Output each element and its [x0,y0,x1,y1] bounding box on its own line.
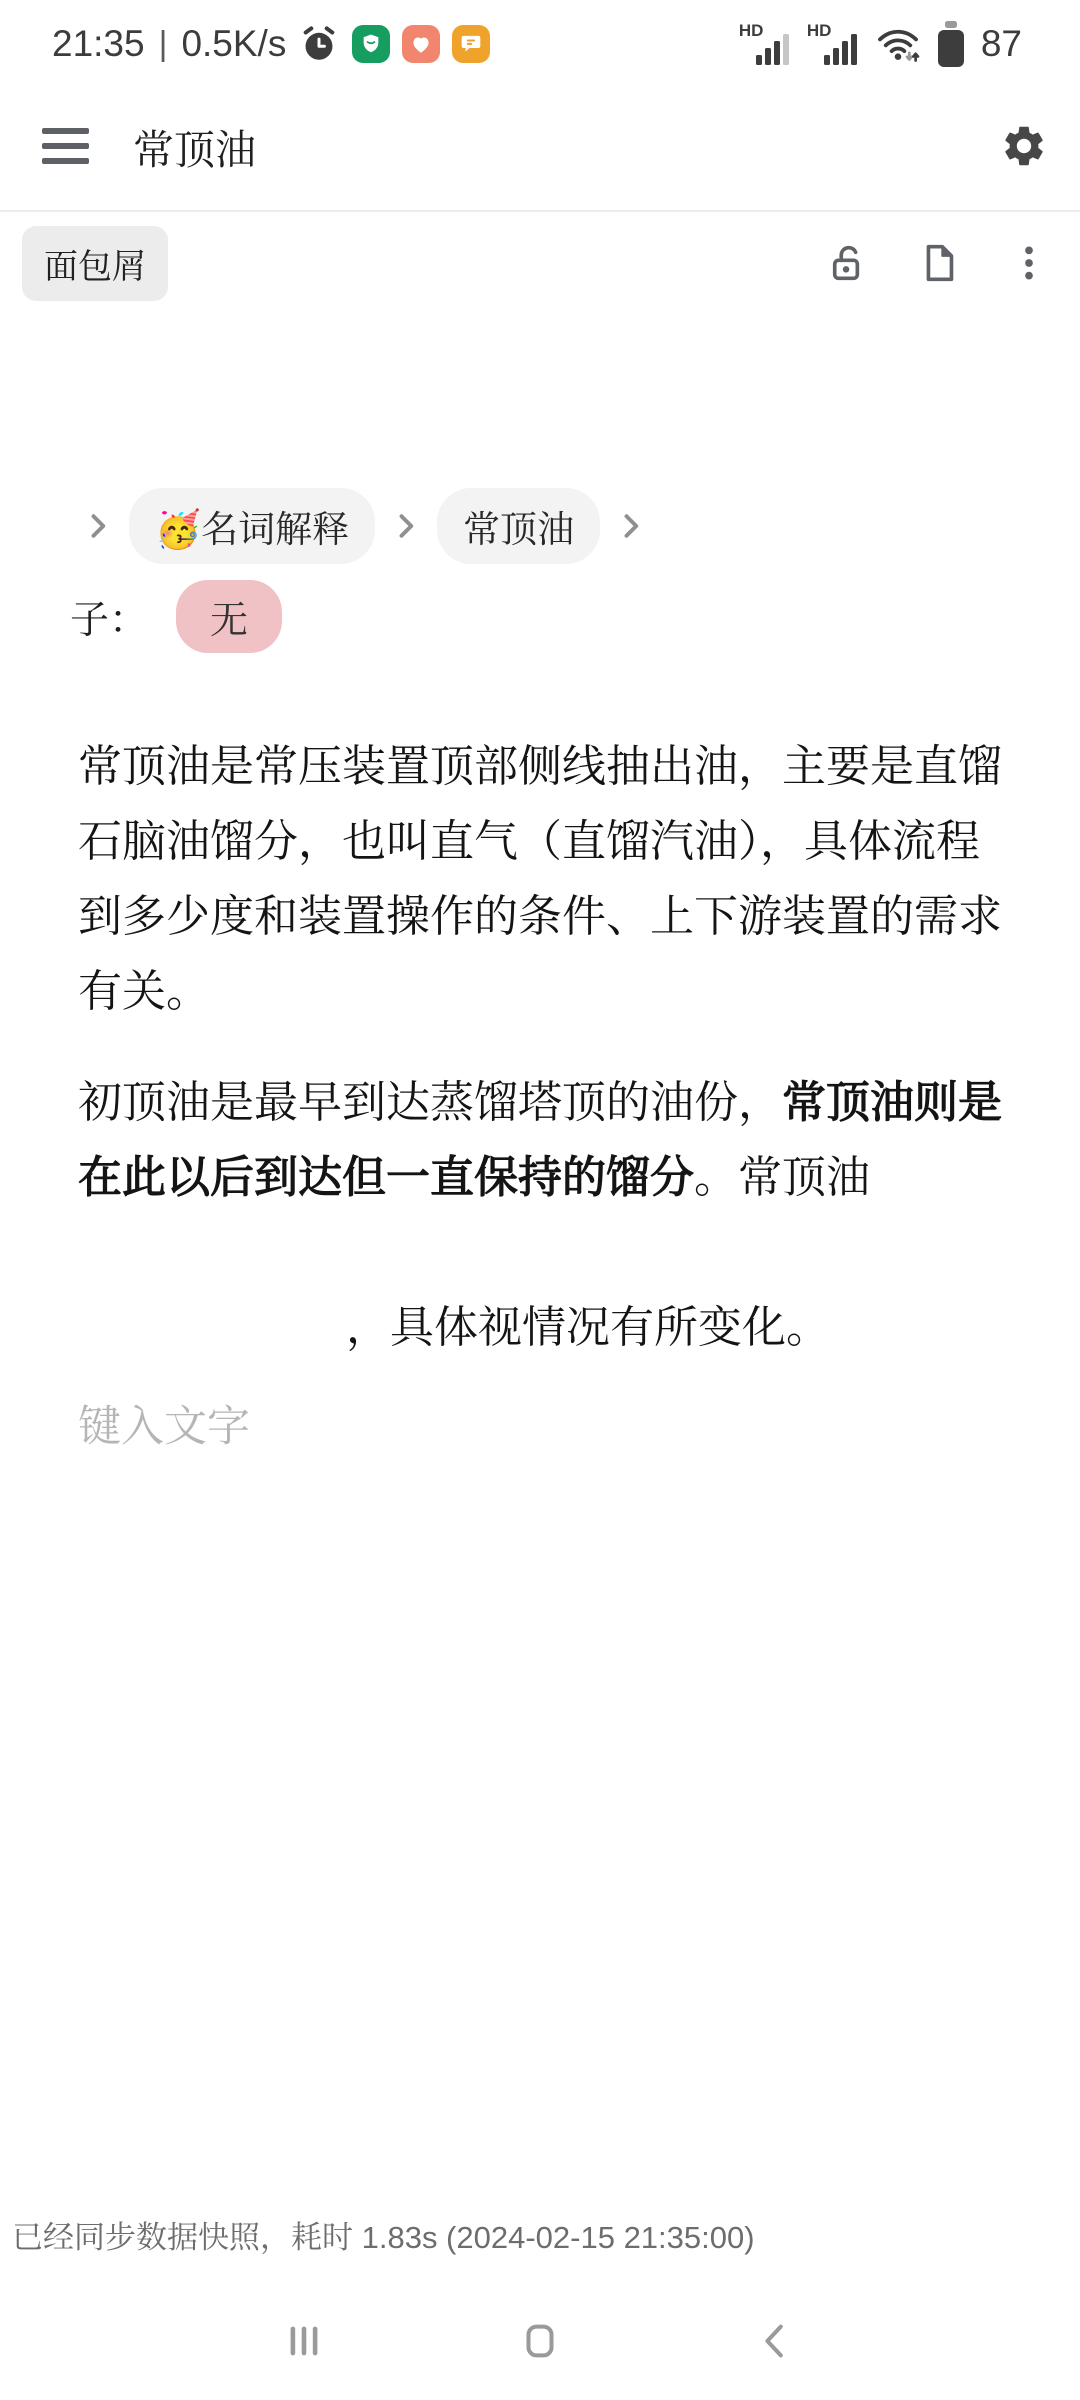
children-label: 子： [70,589,148,645]
page-title: 常顶油 [133,117,256,176]
status-bar: 21:35 | 0.5K/s [0,0,1080,82]
chevron-right-icon [80,508,116,544]
shield-app-icon [352,25,390,63]
settings-icon[interactable] [1000,122,1048,170]
kebab-menu-icon[interactable] [1008,242,1050,284]
paragraph-2-text: 初顶油是最早到达蒸馏塔顶的油份， [78,1078,782,1127]
battery-icon [937,21,965,67]
phone-screen: 21:35 | 0.5K/s [0,0,1080,2400]
sim1-signal-icon: HD [739,21,791,67]
navigation-bar [0,2282,1080,2400]
alarm-icon [298,23,340,65]
children-row: 子： 无 [0,580,1080,653]
status-separator: | [159,25,168,64]
children-none-chip[interactable]: 无 [176,580,282,653]
note-paragraph-2[interactable]: 初顶油是最早到达蒸馏塔顶的油份，常顶油则是在此以后到达但一直保持的馏分。常顶油 [0,1065,1080,1215]
chat-app-icon [452,25,490,63]
toolbar: 面包屑 [0,214,1080,312]
breadcrumb-item-category[interactable]: 🥳名词解释 [129,488,375,564]
clock-text: 21:35 [52,23,145,65]
chevron-right-icon [613,508,649,544]
note-paragraph-3[interactable]: ，具体视情况有所变化。 [0,1290,1080,1365]
menu-icon[interactable] [42,128,89,164]
chevron-right-icon [388,508,424,544]
unlock-icon[interactable] [824,240,870,286]
note-content: 🥳名词解释 常顶油 子： 无 常顶油是常压装置顶部侧线抽出油，主要是直馏石脑油馏… [0,488,1080,1454]
back-icon[interactable] [752,2317,800,2365]
sim2-signal-icon: HD [807,21,859,67]
breadcrumb-item-current[interactable]: 常顶油 [437,488,600,564]
home-icon[interactable] [516,2317,564,2365]
battery-percent: 87 [981,23,1022,65]
text-input-placeholder[interactable]: 键入文字 [0,1393,1080,1454]
net-speed-text: 0.5K/s [181,23,286,65]
recents-icon[interactable] [280,2317,328,2365]
document-icon[interactable] [916,240,962,286]
note-paragraph-1[interactable]: 常顶油是常压装置顶部侧线抽出油，主要是直馏石脑油馏分，也叫直气（直馏汽油），具体… [0,729,1080,1029]
breadcrumb: 🥳名词解释 常顶油 [0,488,1080,564]
paragraph-2-tail-text: 。常顶油 [694,1153,870,1202]
breadcrumb-toggle-button[interactable]: 面包屑 [22,226,168,301]
sync-status-text: 已经同步数据快照，耗时 1.83s (2024-02-15 21:35:00) [12,2212,1068,2257]
status-right: HD HD 87 [739,21,1022,67]
app-bar: 常顶油 [0,82,1080,212]
toolbar-icons [824,240,1050,286]
wifi-icon [875,21,921,67]
status-left: 21:35 | 0.5K/s [52,23,490,65]
heart-app-icon [402,25,440,63]
